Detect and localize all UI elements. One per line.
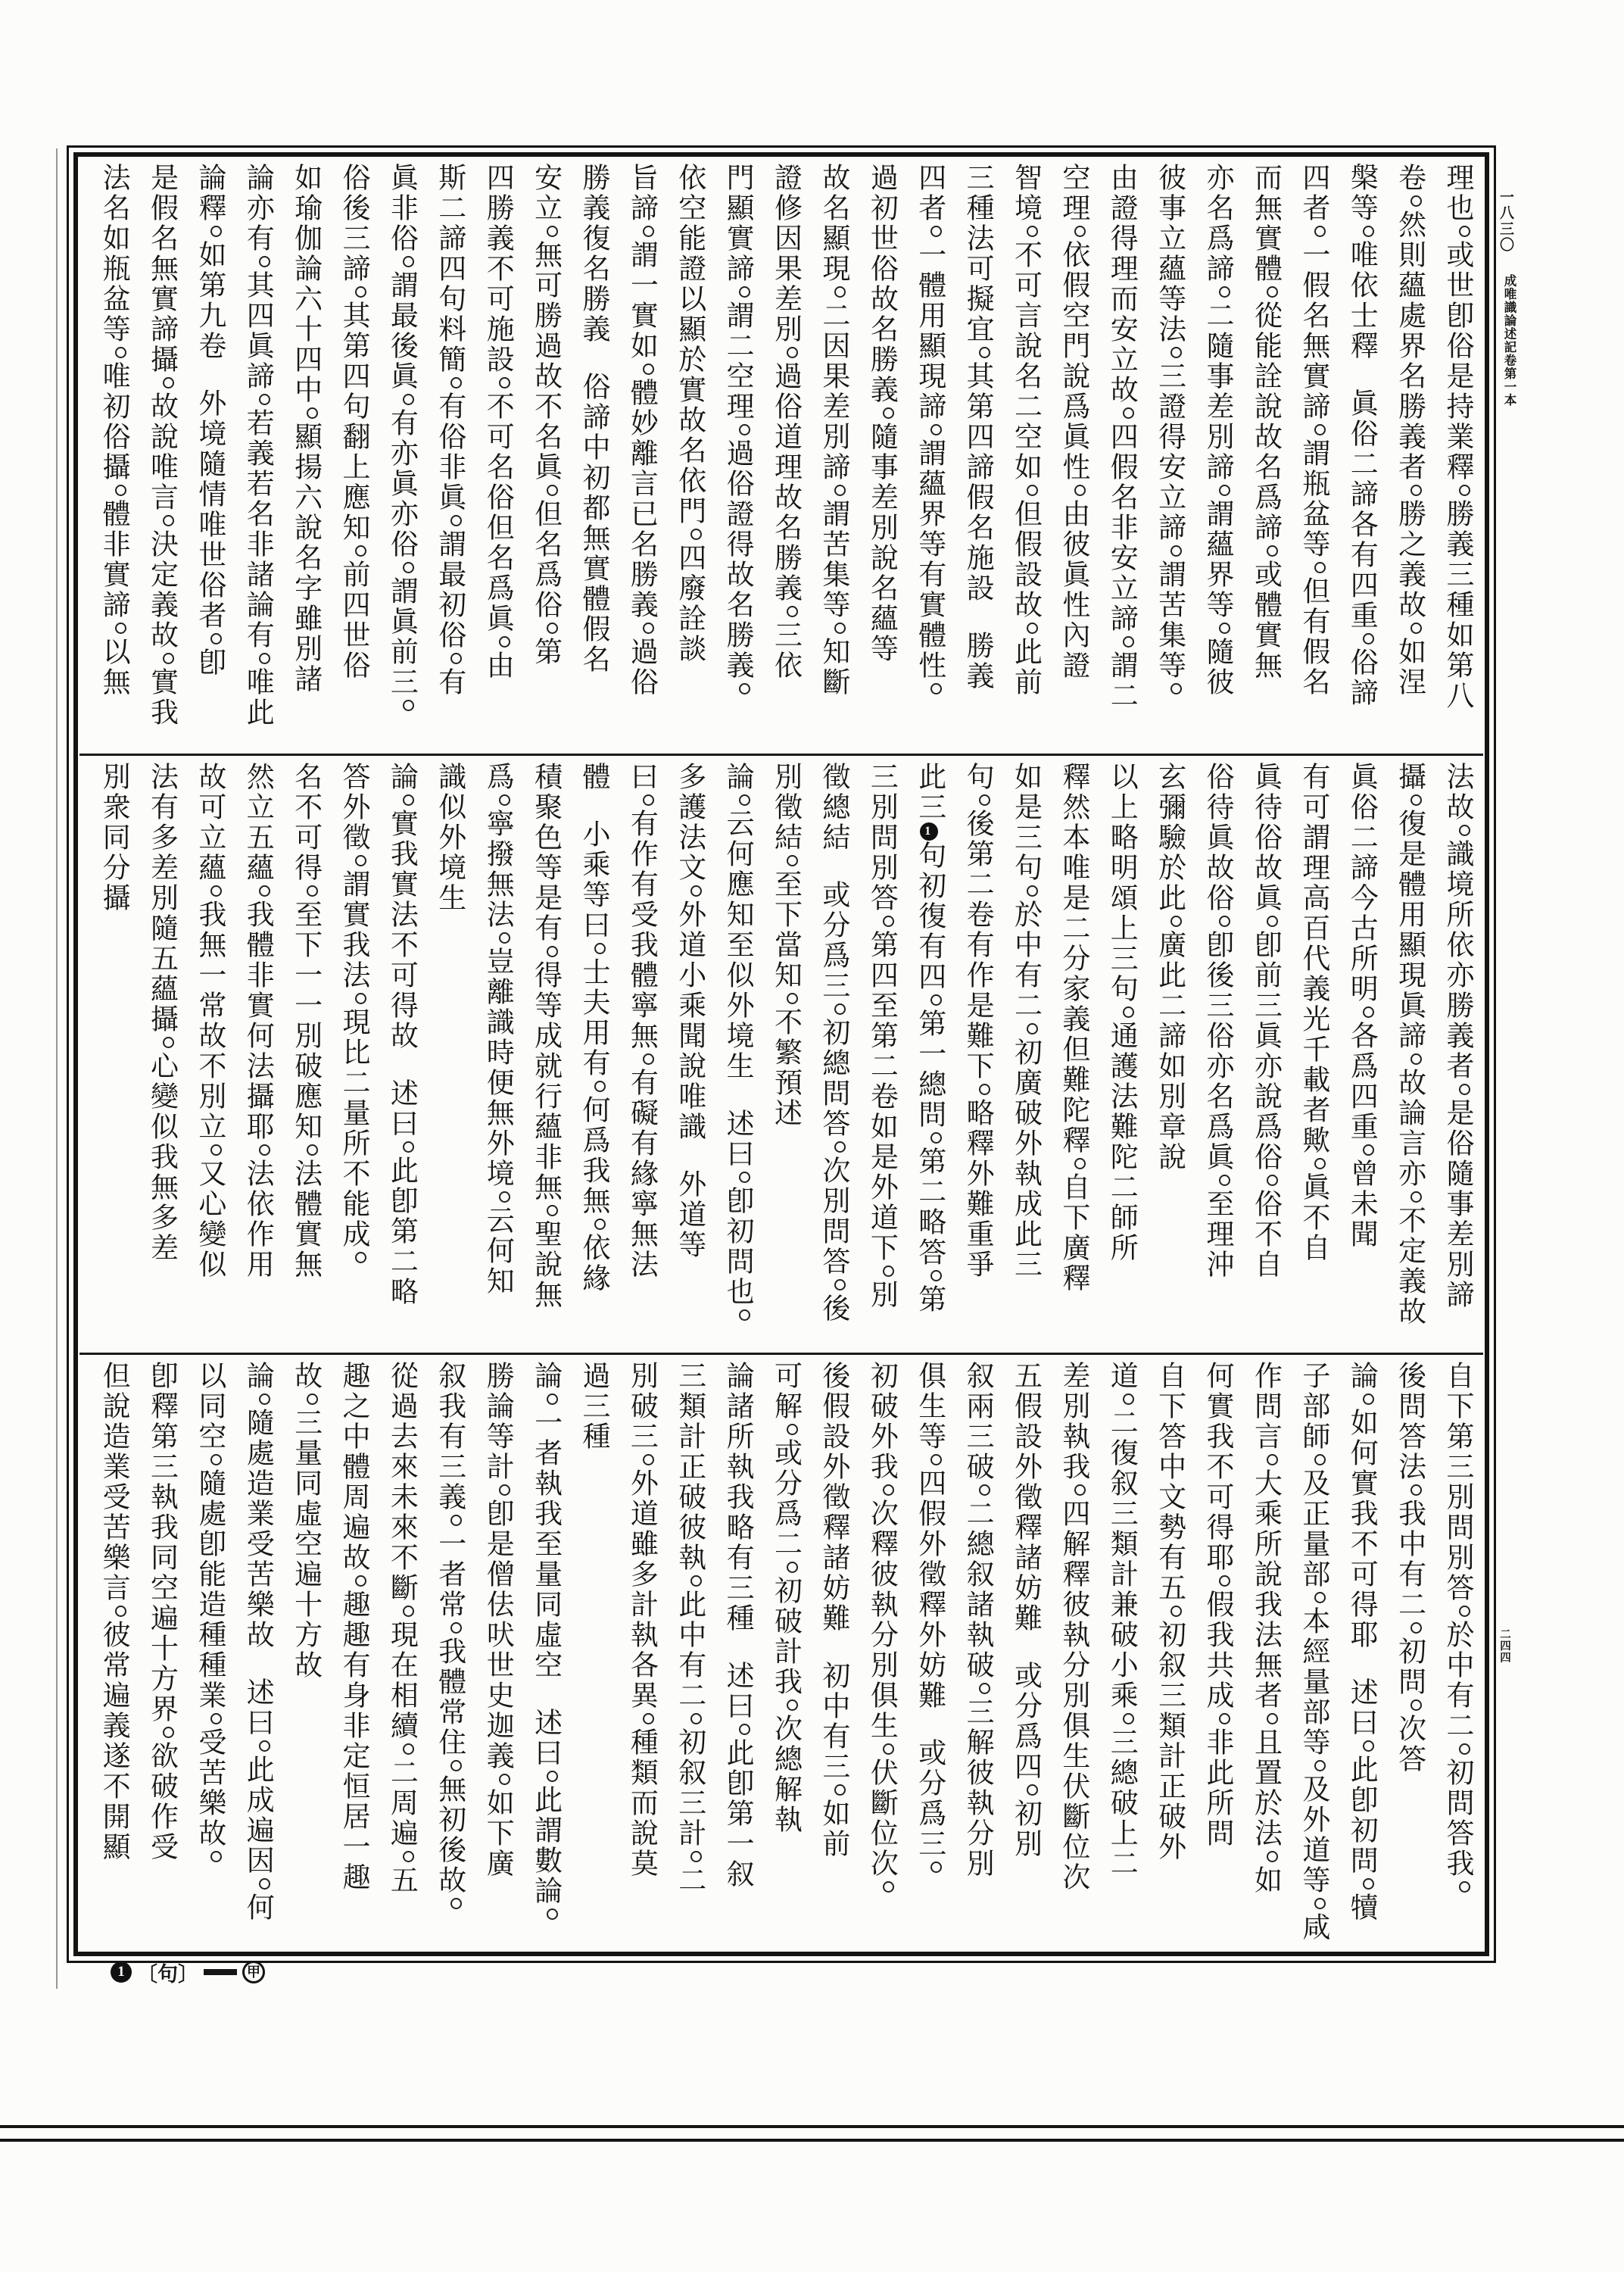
period-mark <box>1267 1175 1278 1186</box>
period-mark <box>739 1172 750 1183</box>
period-mark <box>1219 485 1230 496</box>
text-column: 三別問別答第四至第二卷如是外道下別 <box>854 762 902 1348</box>
text-column: 法故識境所依亦勝義者是俗隨事差別諦 <box>1430 762 1478 1348</box>
period-mark <box>930 1132 942 1144</box>
text-column: 作問言大乘所說我法無者且置於法如 <box>1238 1361 1286 1947</box>
period-mark <box>259 1393 270 1405</box>
period-mark <box>690 1713 702 1724</box>
text-column: 可解或分爲二初破計我次總解執 <box>758 1361 806 1947</box>
period-mark <box>1363 1393 1374 1405</box>
text-column: 曰有作有受我體寧無有礙有緣寧無法 <box>614 762 662 1348</box>
period-mark <box>643 1713 654 1724</box>
period-mark <box>403 1851 414 1862</box>
period-mark <box>1314 1898 1326 1909</box>
text-column: 此三1句初復有四第一總問第二略答第 <box>902 762 949 1348</box>
period-mark <box>1027 1784 1038 1796</box>
text-column: 何實我不可得耶假我共成非此所問 <box>1190 1361 1238 1947</box>
text-column: 理也或世卽俗是持業釋勝義三種如第八 <box>1430 163 1478 749</box>
period-mark <box>1410 1622 1422 1634</box>
period-mark <box>499 1774 510 1785</box>
period-mark <box>1219 623 1230 634</box>
period-mark <box>1363 1740 1374 1752</box>
text-column: 俱生等四假外徵釋外妨難或分爲三 <box>902 1361 949 1947</box>
period-mark <box>450 1515 462 1526</box>
period-mark <box>979 1084 990 1095</box>
text-column: 答外徵謂實我法現比二量所不能成 <box>326 762 374 1348</box>
text-column: 彼事立蘊等法三證得安立諦謂苦集等 <box>1142 163 1189 749</box>
text-column: 過三種 <box>566 1361 614 1947</box>
text-column: 門顯實諦謂二空理過俗證得故名勝義 <box>710 163 758 749</box>
period-mark <box>163 377 174 389</box>
period-mark <box>690 1851 702 1862</box>
text-gap <box>243 1650 271 1677</box>
period-mark <box>1459 226 1470 237</box>
period-mark <box>1219 1575 1230 1587</box>
period-mark <box>1314 1592 1326 1603</box>
text-column: 積聚色等是有得等成就行蘊非無聖說無 <box>518 762 566 1348</box>
text-column: 從過去來未來不斷現在相續二周遍五 <box>374 1361 422 1947</box>
period-mark <box>883 916 894 927</box>
period-mark <box>930 424 942 435</box>
period-mark <box>547 1908 558 1920</box>
period-mark <box>1410 1484 1422 1496</box>
period-mark <box>1410 623 1422 634</box>
text-column: 論如何實我不可得耶述曰此卽初問犢 <box>1334 1361 1382 1947</box>
period-mark <box>259 394 270 405</box>
text-column: 體小乘等曰士夫用有何爲我無依緣 <box>566 762 614 1348</box>
text-column: 智境不可言說名二空如但假設故此前 <box>998 163 1046 749</box>
period-mark <box>210 1454 222 1465</box>
period-mark <box>307 407 318 419</box>
period-mark <box>930 1270 942 1281</box>
text-column: 以同空隨處卽能造種種業受苦樂故 <box>182 1361 229 1947</box>
period-mark <box>1123 1006 1134 1018</box>
period-mark <box>403 1606 414 1617</box>
period-mark <box>834 485 846 496</box>
period-mark <box>1410 195 1422 207</box>
text-column: 過初世俗故名勝義隨事差別說名蘊等 <box>854 163 902 749</box>
footnote-lemma: 〔句〕 <box>137 1958 198 1987</box>
period-mark <box>979 1484 990 1496</box>
page-edge-line <box>56 148 58 1989</box>
text-gap <box>578 792 606 819</box>
period-mark <box>1410 794 1422 806</box>
text-gap <box>1347 361 1375 389</box>
period-mark <box>739 424 750 435</box>
text-column: 別徵結至下當知不繁預述 <box>758 762 806 1348</box>
text-column: 安立無可勝過故不名眞但名爲俗第 <box>518 163 566 749</box>
period-mark <box>355 855 366 866</box>
margin-work-title: 成唯識論述記卷第一本 <box>1500 274 1518 407</box>
text-column: 然立五蘊我體非實何法攝耶法依作用 <box>230 762 278 1348</box>
period-mark <box>1123 636 1134 648</box>
text-column: 自下第三別問別答於中有二初問答我 <box>1430 1361 1478 1947</box>
text-column: 玄彌驗於此廣此二諦如別章說 <box>1142 762 1189 1348</box>
text-column: 自下答中文勢有五初叙三類計正破外 <box>1142 1361 1189 1947</box>
period-mark <box>547 946 558 957</box>
period-mark <box>1074 485 1086 496</box>
period-mark <box>1267 916 1278 927</box>
period-mark <box>594 1081 606 1092</box>
period-mark <box>834 286 846 298</box>
period-mark <box>834 1003 846 1015</box>
period-mark <box>115 1606 126 1617</box>
period-mark <box>547 485 558 496</box>
period-mark <box>403 700 414 711</box>
footnote-marker-icon: 1 <box>111 1961 132 1983</box>
text-column: 由證得理而安立故四假名非安立諦謂二 <box>1094 163 1142 749</box>
period-mark <box>1027 1023 1038 1035</box>
period-mark <box>1410 1191 1422 1203</box>
bottom-rule-upper <box>0 2125 1624 2128</box>
period-mark <box>787 347 798 358</box>
period-mark <box>834 1141 846 1153</box>
period-mark <box>163 515 174 526</box>
period-mark <box>1170 545 1182 557</box>
period-mark <box>1314 226 1326 237</box>
period-mark <box>1027 226 1038 237</box>
text-gap <box>578 345 606 372</box>
period-mark <box>1459 485 1470 496</box>
text-column: 論亦有其四眞諦若義若名非諸論有唯此 <box>230 163 278 749</box>
text-column: 法名如瓶盆等唯初俗攝體非實諦以無 <box>86 163 134 749</box>
period-mark <box>115 623 126 634</box>
text-column: 而無實體從能詮說故名爲諦或體實無 <box>1238 163 1286 749</box>
period-mark <box>355 1252 366 1263</box>
footnote-dash <box>204 1969 237 1975</box>
period-mark <box>403 794 414 806</box>
text-column: 斯二諦四句料簡有俗非眞謂最初俗有 <box>422 163 469 749</box>
text-column: 眞俗二諦今古所明各爲四重曾未聞 <box>1334 762 1382 1348</box>
period-mark <box>547 1205 558 1216</box>
period-mark <box>1267 545 1278 557</box>
period-mark <box>210 885 222 897</box>
text-gap <box>818 853 846 880</box>
period-mark <box>930 226 942 237</box>
period-mark <box>259 256 270 267</box>
text-column: 名不可得至下一一別破應知法體實無 <box>278 762 326 1348</box>
text-column: 論釋如第九卷外境隨情唯世俗者卽 <box>182 163 229 749</box>
bottom-rule-lower <box>0 2139 1624 2142</box>
text-column: 徵總結或分爲三初總問答次別問答後 <box>806 762 854 1348</box>
period-mark <box>1123 1713 1134 1724</box>
text-column: 識似外境生 <box>422 762 469 1348</box>
period-mark <box>1123 407 1134 419</box>
period-mark <box>259 1878 270 1890</box>
period-mark <box>1410 485 1422 496</box>
period-mark <box>1363 1006 1374 1018</box>
period-mark <box>1459 1606 1470 1617</box>
period-mark <box>787 1562 798 1573</box>
text-gap <box>675 1142 703 1169</box>
text-column: 勝義復名勝義俗諦中初都無實體假名 <box>566 163 614 749</box>
period-mark <box>1170 347 1182 358</box>
text-column: 但說造業受苦樂言彼常遍義遂不開顯 <box>86 1361 134 1947</box>
period-mark <box>210 226 222 237</box>
period-mark <box>739 1309 750 1321</box>
text-column: 以上略明頌上三句通護法難陀二師所 <box>1094 762 1142 1348</box>
period-mark <box>1459 825 1470 836</box>
band-bottom-register: 自下第三別問別答於中有二初問答我後問答法我中有二初問次答論如何實我不可得耶述曰此… <box>78 1355 1485 1952</box>
period-mark <box>883 1743 894 1755</box>
period-mark <box>883 1266 894 1277</box>
period-mark <box>787 1424 798 1435</box>
period-mark <box>1170 1606 1182 1617</box>
text-column: 初破外我次釋彼執分別俱生伏斷位次 <box>854 1361 902 1947</box>
text-column: 多護法文外道小乘聞說唯識外道等 <box>662 762 709 1348</box>
text-gap <box>531 1681 559 1708</box>
period-mark <box>594 1219 606 1230</box>
text-column: 槃等唯依士釋眞俗二諦各有四重俗諦 <box>1334 163 1382 749</box>
register-stack: 理也或世卽俗是持業釋勝義三種如第八卷然則蘊處界名勝義者勝之義故如涅槃等唯依士釋眞… <box>78 157 1485 1952</box>
period-mark <box>1123 1393 1134 1405</box>
period-mark <box>1074 1158 1086 1169</box>
footnote-siglum-circled: 甲 <box>242 1961 265 1983</box>
text-column: 論隨處造業受苦樂故述曰此成遍因何 <box>230 1361 278 1947</box>
period-mark <box>163 653 174 664</box>
period-mark <box>547 226 558 237</box>
text-column: 後假設外徵釋諸妨難初中有三如前 <box>806 1361 854 1947</box>
period-mark <box>1027 885 1038 897</box>
text-column: 別破三外道雖多計執各異種類而說莫 <box>614 1361 662 1947</box>
period-mark <box>450 1760 462 1771</box>
text-column: 句後第二卷有作是難下略釋外難重爭 <box>950 762 998 1348</box>
text-column: 依空能證以顯於實故名依門四廢詮談 <box>662 163 709 749</box>
period-mark <box>163 1727 174 1738</box>
period-mark <box>1267 1454 1278 1465</box>
period-mark <box>787 606 798 617</box>
period-mark <box>643 623 654 634</box>
text-column: 卽釋第三執我同空遍十方界欲破作受 <box>134 1361 182 1947</box>
period-mark <box>1410 1053 1422 1065</box>
footnote-ref-icon: 1 <box>920 822 938 841</box>
text-column: 論一者執我至量同虛空述曰此謂數論 <box>518 1361 566 1947</box>
period-mark <box>547 1393 558 1405</box>
text-column: 差別執我四解釋彼執分別俱生伏斷位次 <box>1046 1361 1093 1947</box>
period-mark <box>259 1144 270 1156</box>
period-mark <box>1267 286 1278 298</box>
text-column: 論諸所執我略有三種述曰此卽第一叙 <box>710 1361 758 1947</box>
period-mark <box>1459 1881 1470 1893</box>
period-mark <box>403 394 414 405</box>
text-column: 空理依假空門說爲眞性由彼眞性內證 <box>1046 163 1093 749</box>
text-column: 故三量同虛空遍十方故 <box>278 1361 326 1947</box>
period-mark <box>499 636 510 648</box>
period-mark <box>403 562 414 573</box>
period-mark <box>1314 424 1326 435</box>
text-column: 證修因果差別過俗道理故名勝義三依 <box>758 163 806 749</box>
text-column: 眞非俗謂最後眞有亦眞亦俗謂眞前三 <box>374 163 422 749</box>
period-mark <box>979 347 990 358</box>
period-mark <box>930 1862 942 1873</box>
text-column: 叙兩三破二總叙諸執破三解彼執分別 <box>950 1361 998 1947</box>
text-column: 如瑜伽論六十四中顯揚六說名字雖別諸 <box>278 163 326 749</box>
period-mark <box>1170 916 1182 927</box>
period-mark <box>547 623 558 634</box>
text-column: 故名顯現二因果差別諦謂苦集等知斷 <box>806 163 854 749</box>
period-mark <box>499 932 510 944</box>
period-mark <box>450 1898 462 1909</box>
period-mark <box>259 885 270 897</box>
period-mark <box>690 885 702 897</box>
period-mark <box>930 1454 942 1465</box>
period-mark <box>1219 286 1230 298</box>
period-mark <box>259 1740 270 1752</box>
period-mark <box>115 485 126 496</box>
text-column: 法有多差別隨五蘊攝心變似我無多差 <box>134 762 182 1348</box>
period-mark <box>355 545 366 557</box>
text-column: 故可立蘊我無一常故不別立又心變似 <box>182 762 229 1348</box>
period-mark <box>1363 1878 1374 1890</box>
scanned-page: 一八三〇 成唯識論述記卷第一本 二四四 理也或世卽俗是持業釋勝義三種如第八卷然則… <box>0 0 1624 2272</box>
text-column: 眞待俗故眞卽前三眞亦說爲俗俗不自 <box>1238 762 1286 1348</box>
period-mark <box>834 1279 846 1290</box>
text-column: 論實我實法不可得故述曰此卽第二略 <box>374 762 422 1348</box>
period-mark <box>210 1713 222 1724</box>
text-column: 旨諦謂一實如體妙離言已名勝義過俗 <box>614 163 662 749</box>
period-mark <box>547 1771 558 1782</box>
period-mark <box>1219 1175 1230 1186</box>
text-frame-outer-border: 理也或世卽俗是持業釋勝義三種如第八卷然則蘊處界名勝義者勝之義故如涅槃等唯依士釋眞… <box>67 145 1496 1963</box>
text-gap <box>195 361 223 389</box>
period-mark <box>1314 1760 1326 1771</box>
margin-folio-page-number: 二四四 <box>1497 1628 1513 1664</box>
period-mark <box>643 226 654 237</box>
period-mark <box>1219 916 1230 927</box>
text-column: 有可謂理高百代義光千載者歟眞不自 <box>1286 762 1333 1348</box>
period-mark <box>450 515 462 526</box>
period-mark <box>643 1053 654 1065</box>
band-top-register: 理也或世卽俗是持業釋勝義三種如第八卷然則蘊處界名勝義者勝之義故如涅槃等唯依士釋眞… <box>78 157 1485 754</box>
period-mark <box>979 1683 990 1694</box>
margin-text-number: 一八三〇 <box>1495 189 1516 253</box>
period-mark <box>883 407 894 419</box>
period-mark <box>499 377 510 389</box>
period-mark <box>883 1881 894 1893</box>
period-mark <box>1363 226 1374 237</box>
period-mark <box>450 377 462 389</box>
text-frame-inner-border: 理也或世卽俗是持業釋勝義三種如第八卷然則蘊處界名勝義者勝之義故如涅槃等唯依士釋眞… <box>73 152 1489 1956</box>
period-mark <box>499 794 510 806</box>
period-mark <box>787 1699 798 1711</box>
period-mark <box>355 286 366 298</box>
period-mark <box>979 794 990 806</box>
text-column: 趣之中體周遍故趣趣有身非定恒居一趣 <box>326 1361 374 1947</box>
period-mark <box>403 1141 414 1153</box>
period-mark <box>450 1622 462 1634</box>
period-mark <box>1314 1454 1326 1465</box>
period-mark <box>1363 633 1374 644</box>
text-column: 四者一體用顯現諦謂蘊界等有實體性 <box>902 163 949 749</box>
period-mark <box>210 1851 222 1862</box>
period-mark <box>1363 1144 1374 1156</box>
period-mark <box>739 286 750 298</box>
text-column: 勝論等計卽是僧佉吠世史迦義如下廣 <box>470 1361 518 1947</box>
period-mark <box>1459 1743 1470 1755</box>
text-gap <box>915 1711 943 1738</box>
text-gap <box>723 1081 751 1109</box>
period-mark <box>163 1037 174 1048</box>
period-mark <box>787 855 798 866</box>
text-column: 如是三句於中有二初廣破外執成此三 <box>998 762 1046 1348</box>
text-column: 道二復叙三類計兼破小乘三總破上二 <box>1094 1361 1142 1947</box>
period-mark <box>115 347 126 358</box>
text-gap <box>723 1634 751 1661</box>
period-mark <box>259 653 270 664</box>
text-column: 後問答法我中有二初問次答 <box>1382 1361 1429 1947</box>
period-mark <box>643 794 654 806</box>
text-column: 攝復是體用顯現眞諦故論言亦不定義故 <box>1382 762 1429 1348</box>
period-mark <box>739 683 750 694</box>
text-column: 叙我有三義一者常我體常住無初後故 <box>422 1361 469 1947</box>
text-column: 四者一假名無實諦謂瓶盆等但有假名 <box>1286 163 1333 749</box>
apparatus-footnote: 1 〔句〕 甲 <box>111 1958 265 1986</box>
period-mark <box>930 994 942 1006</box>
period-mark <box>1314 1158 1326 1169</box>
period-mark <box>690 529 702 540</box>
text-column: 是假名無實諦攝故說唯言決定義故實我 <box>134 163 182 749</box>
text-column: 俗後三諦其第四句翻上應知前四世俗 <box>326 163 374 749</box>
period-mark <box>1074 226 1086 237</box>
period-mark <box>690 1575 702 1587</box>
period-mark <box>930 683 942 694</box>
period-mark <box>1074 1484 1086 1496</box>
text-column: 子部師及正量部本經量部等及外道等咸 <box>1286 1361 1333 1947</box>
period-mark <box>499 1191 510 1203</box>
period-mark <box>739 794 750 806</box>
period-mark <box>450 653 462 664</box>
text-gap <box>387 1051 415 1078</box>
text-column: 卷然則蘊處界名勝義者勝之義故如涅 <box>1382 163 1429 749</box>
period-mark <box>307 1393 318 1405</box>
text-column: 三類計正破彼執此中有二初叙三計二 <box>662 1361 709 1947</box>
text-column: 論云何應知至似外境生述曰卽初問也 <box>710 762 758 1348</box>
period-mark <box>1219 1713 1230 1724</box>
period-mark <box>1314 562 1326 573</box>
text-column: 亦名爲諦二隨事差別諦謂蘊界等隨彼 <box>1190 163 1238 749</box>
text-gap <box>963 604 991 631</box>
period-mark <box>834 1784 846 1796</box>
period-mark <box>307 1144 318 1156</box>
period-mark <box>355 1575 366 1587</box>
period-mark <box>1410 1699 1422 1711</box>
period-mark <box>1170 683 1182 694</box>
period-mark <box>1267 1851 1278 1862</box>
period-mark <box>1027 485 1038 496</box>
period-mark <box>1459 1084 1470 1095</box>
period-mark <box>883 1484 894 1496</box>
text-column: 三種法可擬宜其第四諦假名施設勝義 <box>950 163 998 749</box>
period-mark <box>403 1743 414 1755</box>
period-mark <box>307 885 318 897</box>
text-column: 五假設外徵釋諸妨難或分爲四初別 <box>998 1361 1046 1947</box>
text-column: 釋然本唯是二分家義但難陀釋自下廣釋 <box>1046 762 1093 1348</box>
period-mark <box>1027 623 1038 634</box>
period-mark <box>643 1454 654 1465</box>
period-mark <box>210 633 222 644</box>
period-mark <box>594 943 606 954</box>
period-mark <box>1267 1713 1278 1724</box>
period-mark <box>834 623 846 634</box>
text-column: 別衆同分攝 <box>86 762 134 1348</box>
period-mark <box>499 1484 510 1496</box>
period-mark <box>403 256 414 267</box>
period-mark <box>739 1724 750 1735</box>
period-mark <box>355 993 366 1004</box>
text-column: 爲寧撥無法豈離識時便無外境云何知 <box>470 762 518 1348</box>
text-column: 四勝義不可施設不可名俗但名爲眞由 <box>470 163 518 749</box>
text-gap <box>1011 1634 1039 1661</box>
